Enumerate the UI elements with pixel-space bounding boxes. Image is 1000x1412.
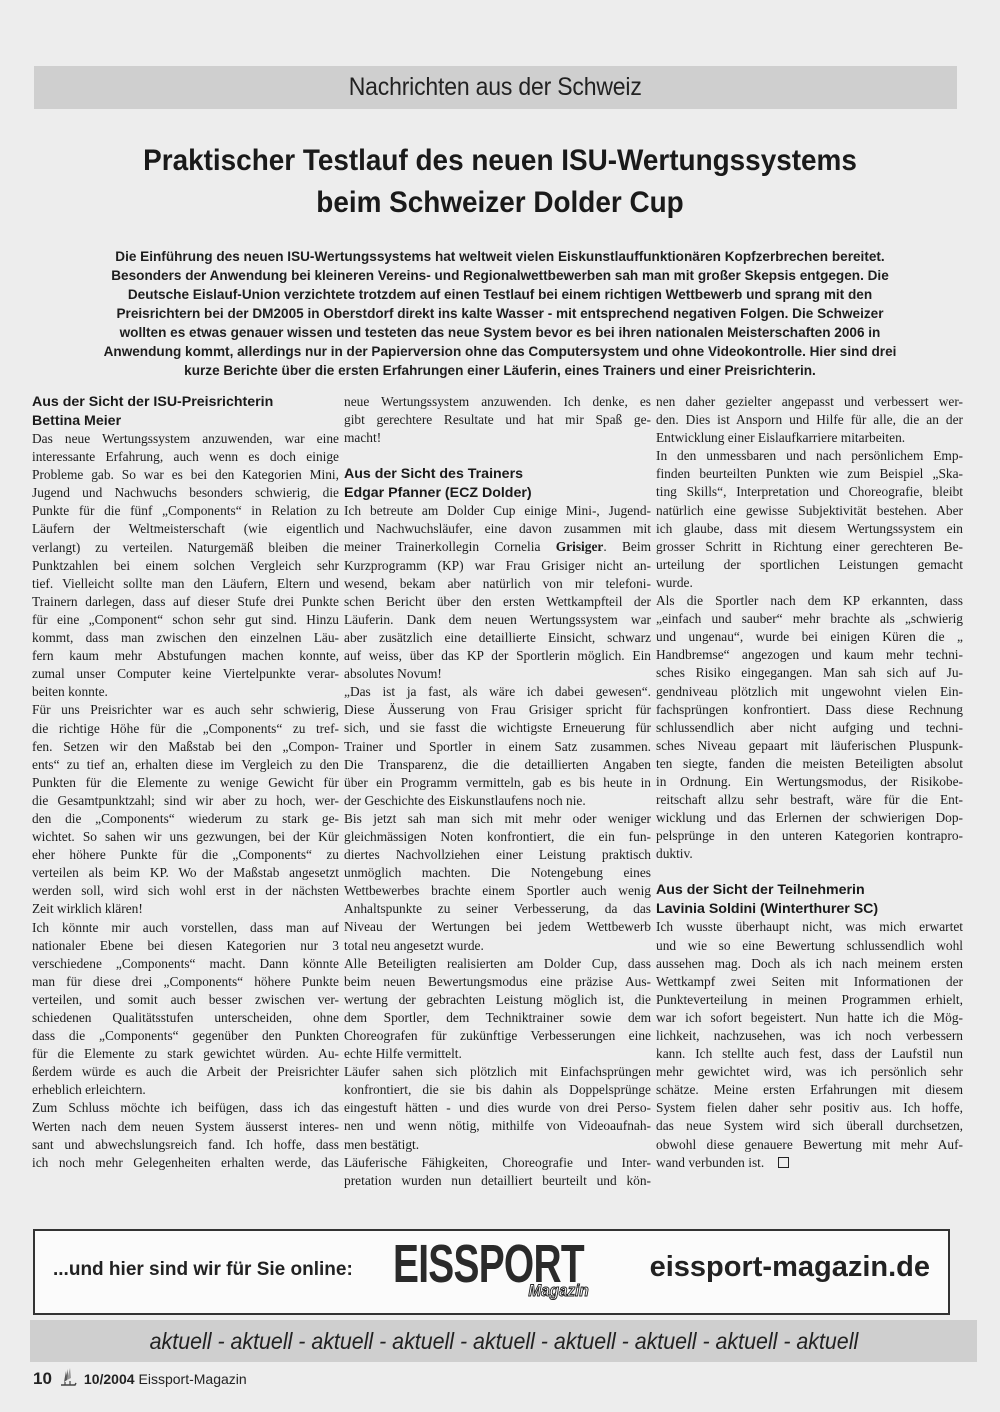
text-line: Diese Äusserung von Frau Grisiger sprich…: [344, 701, 651, 719]
text-line: sich, und sie fasst die wichtigste Erneu…: [344, 719, 651, 737]
text-line: ents“ zu tief an, erhalten diese im Verg…: [32, 756, 339, 774]
headline-line: Praktischer Testlauf des neuen ISU-Wertu…: [63, 140, 937, 182]
text-line: dem Sportler, dem Techniktrainer sowie d…: [344, 1009, 651, 1027]
paragraph: „Das ist ja fast, als wäre ich dabei gew…: [344, 683, 651, 810]
text-line: den. Dies ist Ansporn und Hilfe für alle…: [656, 411, 963, 429]
text-line: Punktzahlen bei einem solchen Vergleich …: [32, 557, 339, 575]
column-3: nen daher gezielter angepasst und verbes…: [656, 393, 963, 1172]
article-lead: Die Einführung des neuen ISU-Wertungssys…: [30, 247, 970, 380]
text-line: verschiedene „Components“ macht. Dann kö…: [32, 955, 339, 973]
text-line: wertung der gebrachten Leistung möglich …: [344, 991, 651, 1009]
lead-line: kurze Berichte über die ersten Erfahrung…: [44, 361, 956, 380]
text-line: wicklung und das Erlernen der schwierige…: [656, 809, 963, 827]
text-line: unmöglich machten. Die Notengebung eines: [344, 864, 651, 882]
section-title: Nachrichten aus der Schweiz: [349, 73, 642, 102]
text-line: Choreografen für zukünftige Verbesserung…: [344, 1027, 651, 1045]
text-line: „einfach und sauber“ mehr brachte als „s…: [656, 610, 963, 628]
text-line: erheblich erleichtern.: [32, 1081, 339, 1099]
text-line: aber zusätzlich eine detaillierte Einsic…: [344, 629, 651, 647]
text-line: Punkte für die fünf „Components“ in Rela…: [32, 502, 339, 520]
text-line: Trainern darlegen, dass auf dieser Stufe…: [32, 593, 339, 611]
column-2: neue Wertungssystem anzuwenden. Ich denk…: [344, 393, 651, 1190]
text-line: nationaler Ebene bei diesen Kategorien n…: [32, 937, 339, 955]
text-line: für eine „Component“ schon sehr gut sind…: [32, 611, 339, 629]
text-line: und Nachwuchsläufer, eine davon zusammen…: [344, 520, 651, 538]
lead-line: Anwendung kommt, allerdings nur in der P…: [44, 342, 956, 361]
text-line-with-bold: meiner Trainerkollegin Cornelia Grisiger…: [344, 538, 651, 556]
publication-name: Eissport-Magazin: [139, 1371, 247, 1387]
text-line: pretation wurden nun detailliert beurtei…: [344, 1172, 651, 1190]
text-line: verlangt) zu verteilen. Naturgemäß bleib…: [32, 539, 339, 557]
text-line: pelsprünge in den unteren Kategorien kon…: [656, 827, 963, 845]
paragraph: Ich betreute am Dolder Cup einige Mini-,…: [344, 502, 651, 538]
text-line: „Das ist ja fast, als wäre ich dabei gew…: [344, 683, 651, 701]
text-line: Läufer sahen sich plötzlich mit Einfachs…: [344, 1063, 651, 1081]
bold-name: Grisiger: [556, 539, 604, 554]
text-line: natürlich eine gewisse Subjektivität bes…: [656, 502, 963, 520]
text-line: Für uns Preisrichter war es auch sehr sc…: [32, 701, 339, 719]
text-line: auf weiss, über das KP der Sportlerin mö…: [344, 647, 651, 665]
paragraph: Zum Schluss möchte ich beifügen, dass ic…: [32, 1099, 339, 1171]
text-line: Die Transparenz, die die detaillierten A…: [344, 756, 651, 774]
text-line: Kurzprogramm (KP) war Frau Grisiger nich…: [344, 557, 651, 575]
text-line: tief. Vielleicht sollte man den Läufern,…: [32, 575, 339, 593]
text-line: Entwicklung einer Eislaufkarriere mitarb…: [656, 429, 963, 447]
text-line: macht!: [344, 429, 651, 447]
paragraph: nen daher gezielter angepasst und verbes…: [656, 393, 963, 447]
text-line: echte Hilfe vermittelt.: [344, 1045, 651, 1063]
text-line: beim neuen Bewertungsmodus eine präzise …: [344, 973, 651, 991]
text-line: ich glaube, dass mit diesem Wertungssyst…: [656, 520, 963, 538]
text-line: ich noch mehr Gelegenheiten erhalten wer…: [32, 1154, 339, 1172]
text-line: Bis jetzt sah man sich mit mehr oder wen…: [344, 810, 651, 828]
text-line: für die Elemente zu stark gewichtet würd…: [32, 1045, 339, 1063]
paragraph: Ich wusste überhaupt nicht, was mich erw…: [656, 918, 963, 1153]
section-heading-skater: Aus der Sicht der Teilnehmerin: [656, 881, 963, 900]
text-line: in Ordnung. Ein Wertungsmodus, der Risik…: [656, 773, 963, 791]
text-line: man für diese drei „Components“ höhere P…: [32, 973, 339, 991]
website-link[interactable]: eissport-magazin.de: [650, 1251, 930, 1284]
text-line: eingestuft hätten - und dies wurde von d…: [344, 1099, 651, 1117]
text-line: obwohl diese genauere Bewertung mit mehr…: [656, 1136, 963, 1154]
text-line: Ich könnte mir auch vorstellen, dass man…: [32, 919, 339, 937]
text-line: Handbremse“ angezogen und kaum mehr tech…: [656, 646, 963, 664]
lead-line: wollten es etwas genauer wissen und test…: [44, 323, 956, 342]
paragraph: Bis jetzt sah man sich mit mehr oder wen…: [344, 810, 651, 955]
text-line: und wie so eine Bewertung schlussendlich…: [656, 937, 963, 955]
text-line: Läufern der Weltmeisterschaft (wie eigen…: [32, 520, 339, 538]
spacer: [344, 447, 651, 465]
text-line: absolutes Novum!: [344, 665, 651, 683]
paragraph: Läuferische Fähigkeiten, Choreografie un…: [344, 1154, 651, 1190]
online-ad-box[interactable]: ...und hier sind wir für Sie online: EIS…: [33, 1229, 950, 1315]
paragraph: Für uns Preisrichter war es auch sehr sc…: [32, 701, 339, 918]
article-headline: Praktischer Testlauf des neuen ISU-Wertu…: [30, 140, 970, 224]
section-heading-trainer: Aus der Sicht des Trainers: [344, 465, 651, 484]
section-heading-judge: Aus der Sicht der ISU-Preisrichterin: [32, 393, 339, 412]
text-line: gendniveau plötzlich mit ungewohnt viele…: [656, 683, 963, 701]
text-line: urteilung der sportlichen Leistungen gem…: [656, 556, 963, 574]
text-line: Wettkampf zwei Seiten mit Informationen …: [656, 973, 963, 991]
text-line: Probleme gab. So war es bei den Kategori…: [32, 466, 339, 484]
aktuell-banner: aktuell - aktuell - aktuell - aktuell - …: [30, 1320, 977, 1362]
text-line: lichkeit, nachzusehen, was ich noch verb…: [656, 1027, 963, 1045]
text-line: mehr gewichtet wird, was ich persönlich …: [656, 1063, 963, 1081]
text-line: konfrontiert, die sie bis dahin als Dopp…: [344, 1081, 651, 1099]
text-line: und ungenau“, wurde bei einigen Küren di…: [656, 628, 963, 646]
text-line: Punkteverteilung in meinen Programmen er…: [656, 991, 963, 1009]
text-line: Läuferische Fähigkeiten, Choreografie un…: [344, 1154, 651, 1172]
paragraph: Läufer sahen sich plötzlich mit Einfachs…: [344, 1063, 651, 1153]
text-line: werden soll, wird sich wohl erst in der …: [32, 882, 339, 900]
spacer: [656, 863, 963, 881]
text-line: ting Skills“, Interpretation und Choreog…: [656, 483, 963, 501]
text-line: Zum Schluss möchte ich beifügen, dass ic…: [32, 1099, 339, 1117]
aktuell-text: aktuell - aktuell - aktuell - aktuell - …: [149, 1328, 858, 1355]
text-line: den die „Components“ wiederum zu stark g…: [32, 810, 339, 828]
paragraph: neue Wertungssystem anzuwenden. Ich denk…: [344, 393, 651, 447]
text-line: Anhaltspunkte zu seiner Verbesserung, da…: [344, 900, 651, 918]
text-line: Als die Sportler nach dem KP erkannten, …: [656, 592, 963, 610]
text-line: neue Wertungssystem anzuwenden. Ich denk…: [344, 393, 651, 411]
text-line: schätze. Meine ersten Erfahrungen mit di…: [656, 1081, 963, 1099]
text-line: gleichmässigen Noten konfrontiert, die e…: [344, 828, 651, 846]
text-line: die Gesamtpunktzahl; sind wir aber zu ho…: [32, 792, 339, 810]
text-line: reitschaft allzu sehr bestraft, wäre für…: [656, 791, 963, 809]
text-line: Läuferin. Dank dem neuen Wertungssystem …: [344, 611, 651, 629]
text-line: interessante Erfahrung, auch wenn es doc…: [32, 448, 339, 466]
text-line: total neu angesetzt wurde.: [344, 937, 651, 955]
text-line: beiten konnte.: [32, 683, 339, 701]
text-line: nen und wenn nötig, mithilfe von Videoau…: [344, 1117, 651, 1135]
text-line: ßerdem würde es auch die Arbeit der Prei…: [32, 1063, 339, 1081]
logo-sub-text: Magazin: [528, 1281, 588, 1301]
paragraph: Alle Beteiligten realisierten am Dolder …: [344, 955, 651, 1064]
text-line: Trainer und Sportler in einem Satz zusam…: [344, 738, 651, 756]
text-line: verteilen, und somit auch besser zwische…: [32, 991, 339, 1009]
lead-line: Preisrichtern bei der DM2005 in Oberstdo…: [44, 304, 956, 323]
section-banner: Nachrichten aus der Schweiz: [34, 66, 957, 109]
end-of-article-icon: [778, 1157, 789, 1168]
ad-tagline: ...und hier sind wir für Sie online:: [53, 1259, 353, 1281]
section-heading-skater-name: Lavinia Soldini (Winterthurer SC): [656, 900, 963, 919]
text-line: Wettbewerbes brachte einem Sportler auch…: [344, 882, 651, 900]
text-line: Ich betreute am Dolder Cup einige Mini-,…: [344, 502, 651, 520]
paragraph: In den unmessbaren und nach persönlichem…: [656, 447, 963, 592]
text-line: finden beurteilten Punkten wie zum Beisp…: [656, 465, 963, 483]
paragraph: Das neue Wertungssystem anzuwenden, war …: [32, 430, 339, 701]
text-line: über ein Programm vermitteln, gab es bis…: [344, 774, 651, 792]
text-line: der Geschichte des Eiskunstlaufens noch …: [344, 792, 651, 810]
text-line: grosser Schritt in Richtung einer gerech…: [656, 538, 963, 556]
text-line: fachsprüngen konfrontiert. Dass diese Re…: [656, 701, 963, 719]
text-line: duktiv.: [656, 845, 963, 863]
text-line: schiedenen Qualitätsstufen unterscheiden…: [32, 1009, 339, 1027]
text-line: Das neue Wertungssystem anzuwenden, war …: [32, 430, 339, 448]
text-line: Alle Beteiligten realisierten am Dolder …: [344, 955, 651, 973]
column-1: Aus der Sicht der ISU-Preisrichterin Bet…: [32, 393, 339, 1172]
text-line: fern kaum mehr Abstufungen machen konnte…: [32, 647, 339, 665]
text-line: gibt gerechtere Resultate und hat mir Sp…: [344, 411, 651, 429]
text-line: Zeit wirklich klären!: [32, 900, 339, 918]
text-line: Jugend und Nachwuchs besonders schwierig…: [32, 484, 339, 502]
text-line: kommt, dass man zwischen den einzelnen L…: [32, 629, 339, 647]
text-line: nen daher gezielter angepasst und verbes…: [656, 393, 963, 411]
skate-logo-icon: [56, 1367, 80, 1391]
text-line: System fielen daher sehr positiv aus. Ic…: [656, 1099, 963, 1117]
text-line: In den unmessbaren und nach persönlichem…: [656, 447, 963, 465]
section-heading-trainer-name: Edgar Pfanner (ECZ Dolder): [344, 484, 651, 503]
text-line: schlussendlich aber nicht aufging und te…: [656, 719, 963, 737]
text-line: wurde.: [656, 574, 963, 592]
text-line: eher höhere Punkte für die „Components“ …: [32, 846, 339, 864]
lead-line: Die Einführung des neuen ISU-Wertungssys…: [44, 247, 956, 266]
text-line: wesend, bekam aber natürlich von mir tel…: [344, 575, 651, 593]
text-line-last: wand verbunden ist.: [656, 1154, 963, 1172]
text-line: schen Bericht über den ersten Wettkampft…: [344, 593, 651, 611]
text-line: diertes Nachvollziehen einer Leistung pr…: [344, 846, 651, 864]
paragraph: Ich könnte mir auch vorstellen, dass man…: [32, 919, 339, 1100]
text-line: Niveau der Wertungen bei jedem Wettbewer…: [344, 918, 651, 936]
lead-line: Deutsche Eislauf-Union verzichtete trotz…: [44, 285, 956, 304]
text-line: fen. Setzen wir den Maßstab bei den „Com…: [32, 738, 339, 756]
text-line: wichtet. So sahen wir uns gezwungen, bei…: [32, 828, 339, 846]
text-line: Punkten für die Elemente zu wenige Gewic…: [32, 774, 339, 792]
paragraph: Als die Sportler nach dem KP erkannten, …: [656, 592, 963, 863]
text-line: sches Risiko eingegangen. Man sah sich a…: [656, 664, 963, 682]
page-number: 10: [33, 1369, 52, 1389]
eissport-logo: EISSPORT Magazin: [393, 1239, 593, 1305]
text-line: zumal unser Computer keine Viertelpunkte…: [32, 665, 339, 683]
lead-line: Besonders der Anwendung bei kleineren Ve…: [44, 266, 956, 285]
page-footer: 10 10/2004 Eissport-Magazin: [33, 1367, 247, 1391]
headline-line: beim Schweizer Dolder Cup: [63, 182, 937, 224]
text-line: sant und abwechslungsreich fand. Ich hof…: [32, 1136, 339, 1154]
text-line: men bestätigt.: [344, 1136, 651, 1154]
text-line: Werten nach dem neuen System äusserst in…: [32, 1118, 339, 1136]
text-line: ten siegte, fanden die meisten Beteiligt…: [656, 755, 963, 773]
paragraph: Kurzprogramm (KP) war Frau Grisiger nich…: [344, 557, 651, 684]
text-line: Ich wusste überhaupt nicht, was mich erw…: [656, 918, 963, 936]
text-line: aussehen mag. Doch als ich nach meinem e…: [656, 955, 963, 973]
text-line: war ich sofort begeistert. Nun hatte ich…: [656, 1009, 963, 1027]
issue-number: 10/2004: [84, 1371, 135, 1387]
text-line: dass die „Components“ gegenüber den Punk…: [32, 1027, 339, 1045]
text-line: das neue System wird sich überall durchs…: [656, 1117, 963, 1135]
text-line: sches Niveau gepaart mit läuferischen Pl…: [656, 737, 963, 755]
text-line: kann. Ich stellte auch fest, dass der La…: [656, 1045, 963, 1063]
section-heading-judge-name: Bettina Meier: [32, 412, 339, 431]
text-line: die richtige Höhe für die „Components“ z…: [32, 720, 339, 738]
text-line: verteilen als beim KP. Wo der Maßstab an…: [32, 864, 339, 882]
